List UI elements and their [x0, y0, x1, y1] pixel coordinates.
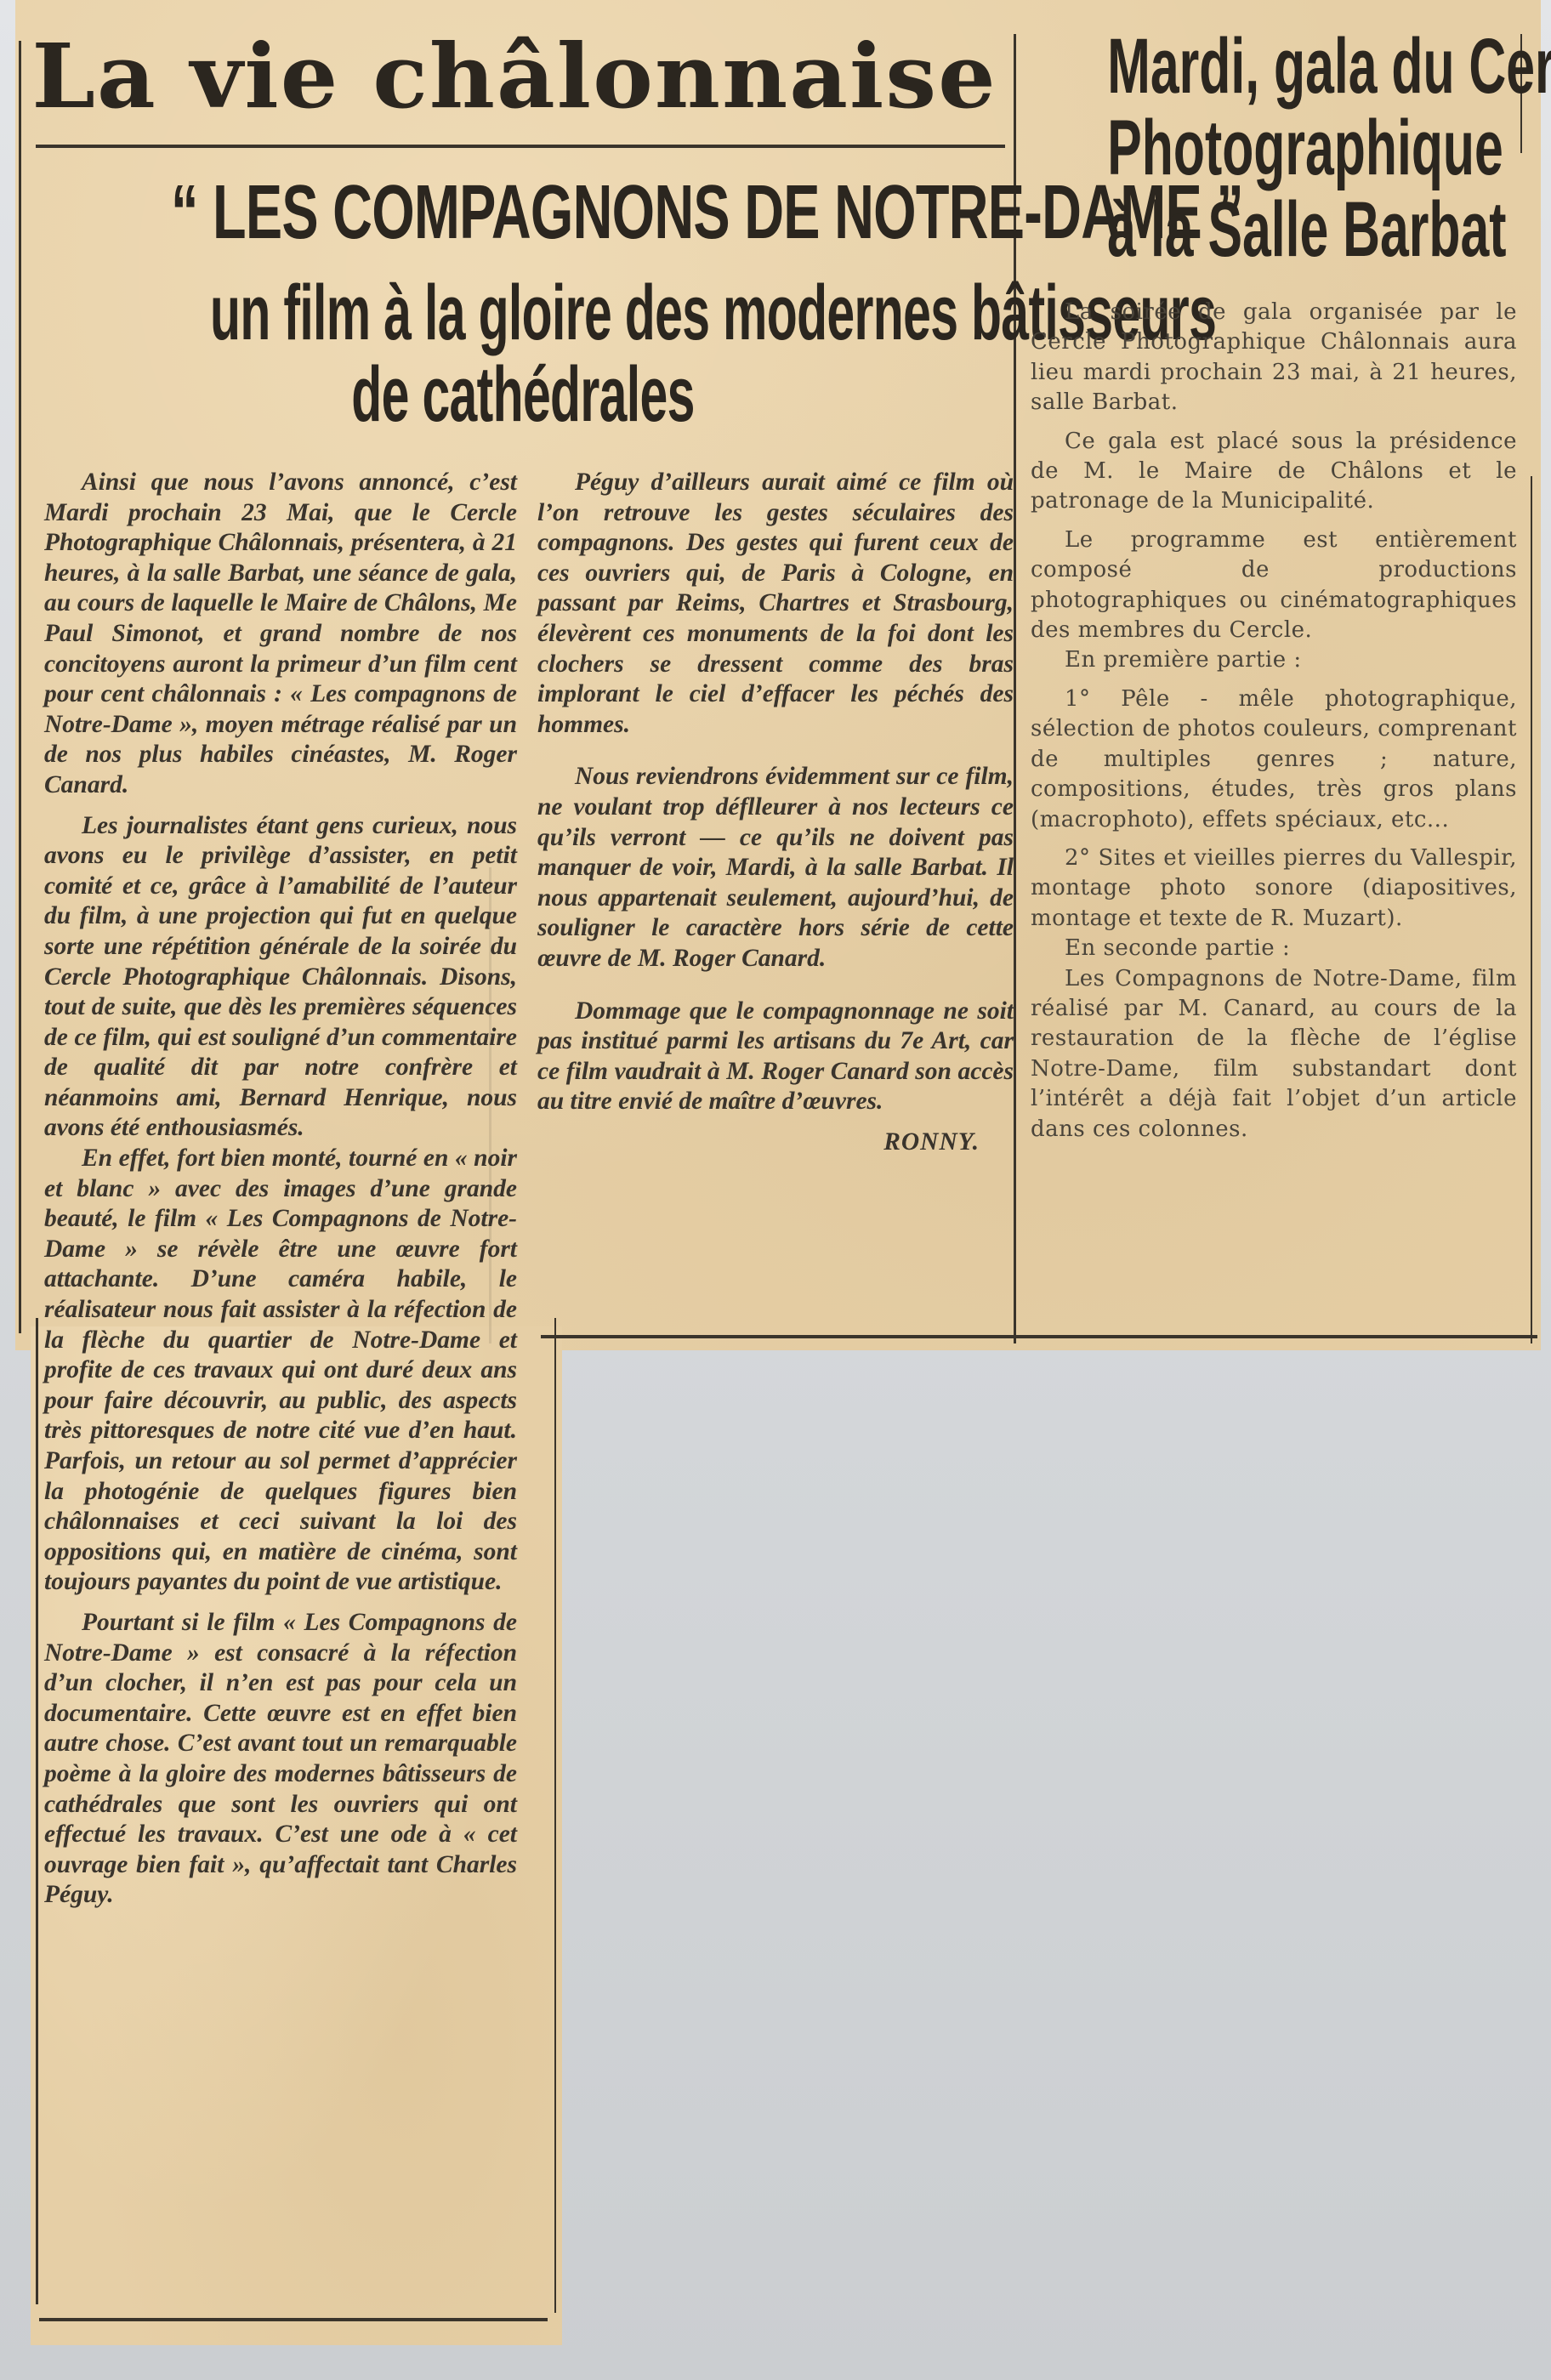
article-paragraph: Dommage que le compagnonnage ne soit pas… [537, 997, 1014, 1117]
article-paragraph: Ainsi que nous l’avons annoncé, c’est Ma… [44, 468, 517, 801]
side-title-line1: Mardi, gala du Cercle [1107, 26, 1438, 107]
side-paragraph: 2° Sites et vieilles pierres du Vallespi… [1031, 844, 1517, 934]
right-border-rule-lower [1531, 476, 1532, 1343]
left-border-rule [19, 41, 21, 1333]
side-title-line2: Photographique [1107, 107, 1438, 189]
headline-film-title: “ LES COMPAGNONS DE NOTRE-DAME ” [171, 174, 875, 251]
side-paragraph: Ce gala est placé sous la présidence de … [1031, 427, 1517, 517]
article-paragraph: Péguy d’ailleurs aurait aimé ce film où … [537, 468, 1014, 740]
side-article-title: Mardi, gala du Cercle Photographique à l… [1022, 26, 1524, 270]
section-title: La vie châlonnaise [25, 24, 1005, 130]
title-underline-rule [36, 145, 1005, 148]
side-article-body: La soirée de gala organisée par le Cercl… [1031, 298, 1517, 1153]
left-border-rule-lower [36, 1318, 38, 2304]
author-signature: RONNY. [537, 1128, 1014, 1158]
article-column-2: Péguy d’ailleurs aurait aimé ce film où … [537, 468, 1014, 1167]
headline-subtitle-line1: un film à la gloire des modernes bâtisse… [210, 274, 836, 352]
strip-end-rule [39, 2318, 548, 2321]
side-paragraph: En première partie : [1031, 645, 1517, 675]
side-paragraph: La soirée de gala organisée par le Cercl… [1031, 298, 1517, 418]
article-column-1: Ainsi que nous l’avons annoncé, c’est Ma… [44, 468, 517, 1921]
side-paragraph: Le programme est entièrement composé de … [1031, 525, 1517, 646]
article-end-rule [541, 1335, 1537, 1338]
side-paragraph: 1° Pêle - mêle photographique, sélection… [1031, 684, 1517, 835]
side-paragraph: Les Compagnons de Notre-Dame, film réali… [1031, 964, 1517, 1145]
side-paragraph: En seconde partie : [1031, 934, 1517, 963]
strip-right-rule [554, 1318, 556, 2313]
article-paragraph: Les journalistes étant gens curieux, nou… [44, 811, 517, 1145]
article-paragraph: Pourtant si le film « Les Compagnons de … [44, 1608, 517, 1911]
side-title-line3: à la Salle Barbat [1107, 189, 1438, 270]
article-paragraph: Nous reviendrons évidemment sur ce film,… [537, 762, 1014, 974]
headline-subtitle-line2: de cathédrales [210, 355, 836, 434]
article-paragraph: En effet, fort bien monté, tourné en « n… [44, 1144, 517, 1598]
